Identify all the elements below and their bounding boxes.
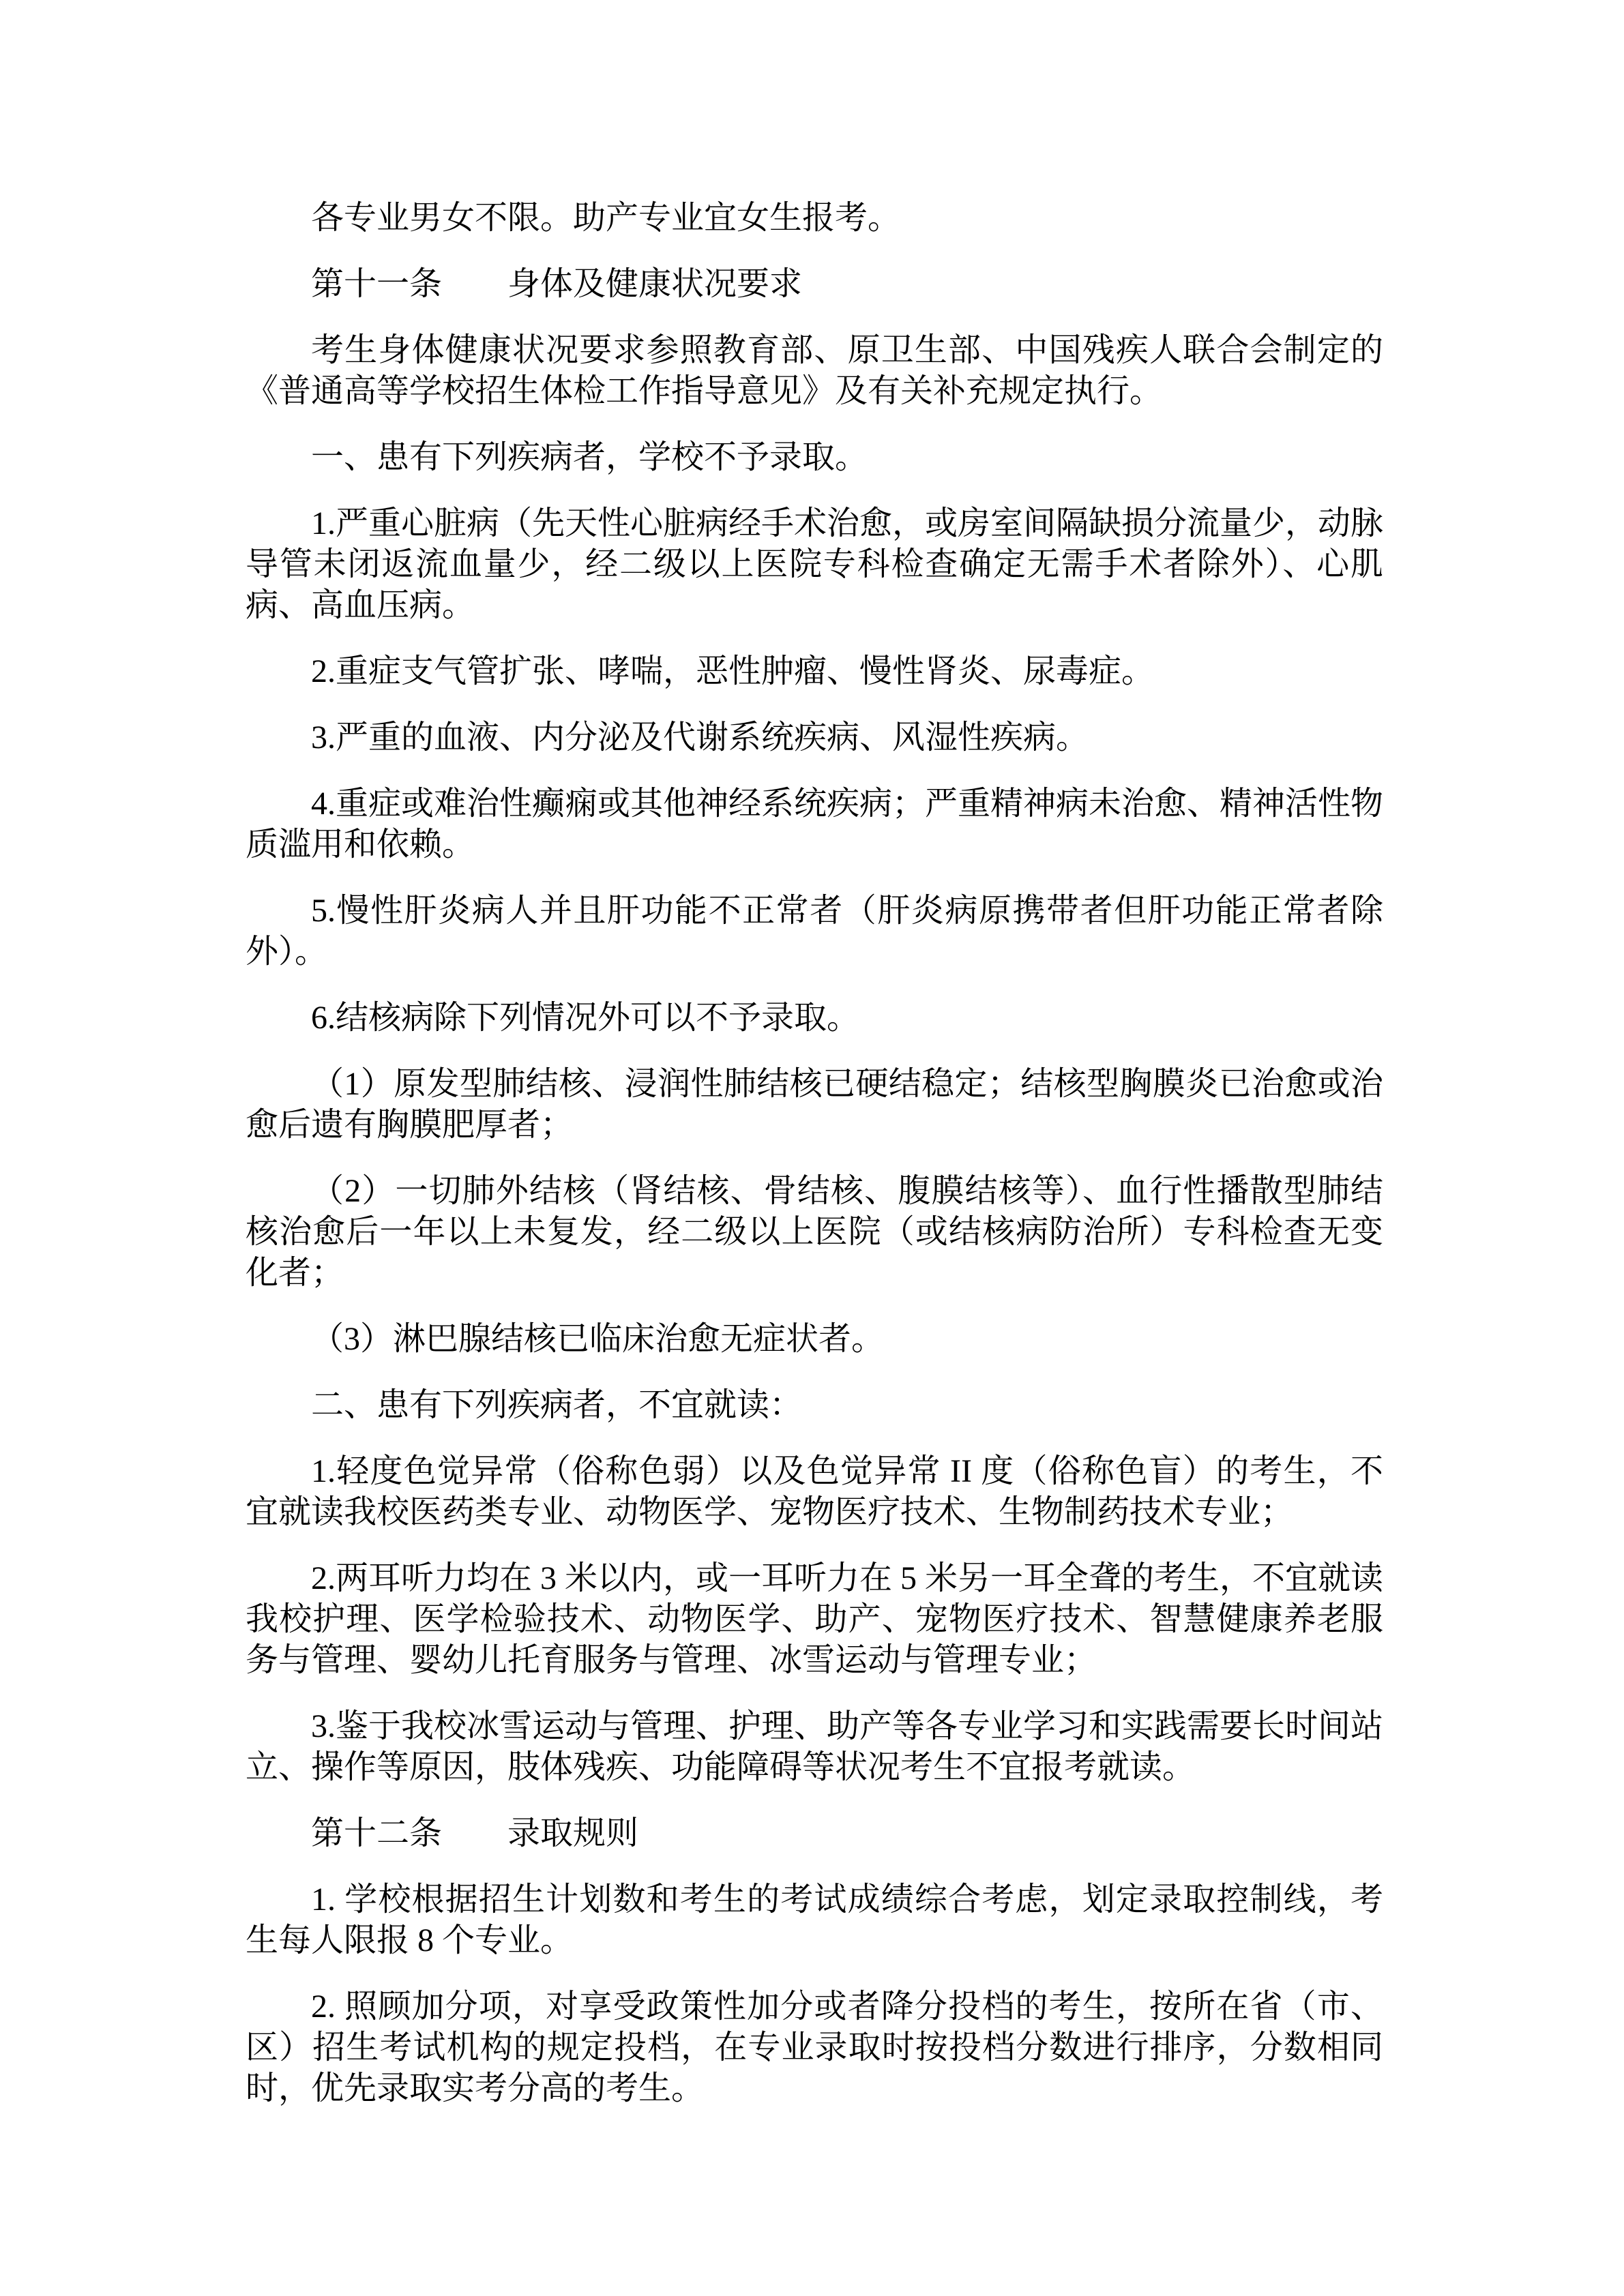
paragraph: 1.轻度色觉异常（俗称色弱）以及色觉异常 II 度（俗称色盲）的考生，不宜就读我… (246, 1451, 1383, 1533)
article-heading: 第十一条 身体及健康状况要求 (246, 264, 1383, 305)
document-body: 各专业男女不限。助产专业宜女生报考。第十一条 身体及健康状况要求考生身体健康状况… (246, 198, 1383, 2134)
paragraph: 考生身体健康状况要求参照教育部、原卫生部、中国残疾人联合会制定的《普通高等学校招… (246, 330, 1383, 412)
paragraph: 1.严重心脏病（先天性心脏病经手术治愈，或房室间隔缺损分流量少，动脉导管未闭返流… (246, 503, 1383, 626)
paragraph: 2.两耳听力均在 3 米以内，或一耳听力在 5 米另一耳全聋的考生，不宜就读我校… (246, 1558, 1383, 1681)
paragraph: 各专业男女不限。助产专业宜女生报考。 (246, 198, 1383, 239)
paragraph: 4.重症或难治性癫痫或其他神经系统疾病；严重精神病未治愈、精神活性物质滥用和依赖… (246, 784, 1383, 865)
paragraph: 1. 学校根据招生计划数和考生的考试成绩综合考虑，划定录取控制线，考生每人限报 … (246, 1879, 1383, 1961)
paragraph: （3）淋巴腺结核已临床治愈无症状者。 (246, 1319, 1383, 1360)
paragraph: 3.严重的血液、内分泌及代谢系统疾病、风湿性疾病。 (246, 717, 1383, 758)
article-heading: 第十二条 录取规则 (246, 1813, 1383, 1854)
paragraph: 二、患有下列疾病者，不宜就读： (246, 1385, 1383, 1426)
paragraph: （1）原发型肺结核、浸润性肺结核已硬结稳定；结核型胸膜炎已治愈或治愈后遗有胸膜肥… (246, 1064, 1383, 1146)
paragraph: 5.慢性肝炎病人并且肝功能不正常者（肝炎病原携带者但肝功能正常者除外）。 (246, 891, 1383, 972)
paragraph: 3.鉴于我校冰雪运动与管理、护理、助产等各专业学习和实践需要长时间站立、操作等原… (246, 1706, 1383, 1788)
paragraph: 6.结核病除下列情况外可以不予录取。 (246, 998, 1383, 1039)
paragraph: 2. 照顾加分项，对享受政策性加分或者降分投档的考生，按所在省（市、区）招生考试… (246, 1986, 1383, 2109)
paragraph: 2.重症支气管扩张、哮喘，恶性肿瘤、慢性肾炎、尿毒症。 (246, 651, 1383, 692)
paragraph: （2）一切肺外结核（肾结核、骨结核、腹膜结核等）、血行性播散型肺结核治愈后一年以… (246, 1171, 1383, 1294)
document-page: 各专业男女不限。助产专业宜女生报考。第十一条 身体及健康状况要求考生身体健康状况… (0, 0, 1624, 2296)
paragraph: 一、患有下列疾病者，学校不予录取。 (246, 437, 1383, 478)
